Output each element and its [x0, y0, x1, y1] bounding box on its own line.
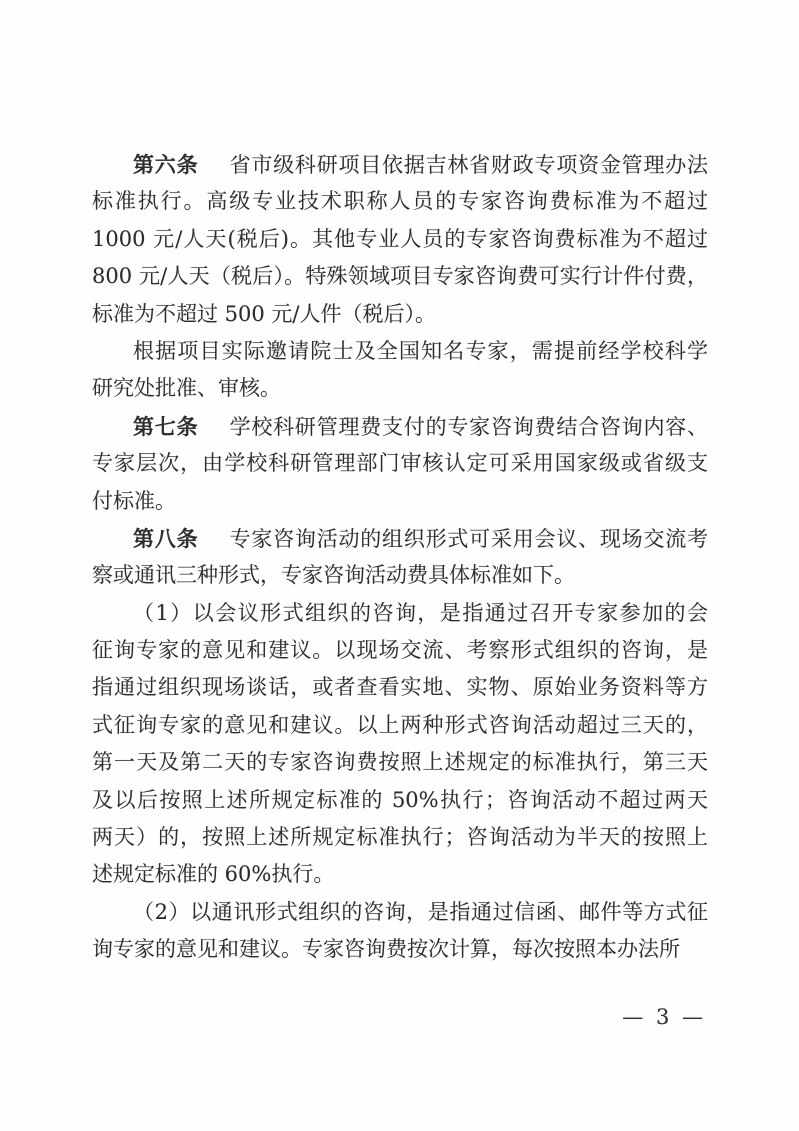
paragraph: （1）以会议形式组织的咨询，是指通过召开专家参加的会议，征询专家的意见和建议。以…	[92, 595, 708, 894]
text-line: 付标准。	[92, 483, 708, 520]
text-line: 征询专家的意见和建议。以现场交流、考察形式组织的咨询，是	[92, 632, 708, 669]
page-number: — 3 —	[622, 1005, 706, 1029]
text-line: 专家层次，由学校科研管理部门审核认定可采用国家级或省级支	[92, 445, 708, 482]
text-line: （2）以通讯形式组织的咨询，是指通过信函、邮件等方式征	[92, 894, 708, 931]
text-line: 第六条省市级科研项目依据吉林省财政专项资金管理办法	[92, 146, 708, 183]
text-line: 述规定标准的 60%执行。	[92, 856, 708, 893]
paragraph: （2）以通讯形式组织的咨询，是指通过信函、邮件等方式征询专家的意见和建议。专家咨…	[92, 894, 708, 969]
text-line: （1）以会议形式组织的咨询，是指通过召开专家参加的会议，	[92, 595, 708, 632]
text-line: 1000 元/人天(税后)。其他专业人员的专家咨询费标准为不超过	[92, 221, 708, 258]
text-line: 式征询专家的意见和建议。以上两种形式咨询活动超过三天的，	[92, 707, 708, 744]
text-line: 第八条专家咨询活动的组织形式可采用会议、现场交流考	[92, 520, 708, 557]
text-block: 第六条省市级科研项目依据吉林省财政专项资金管理办法标准执行。高级专业技术职称人员…	[92, 146, 708, 969]
line-text: 学校科研管理费支付的专家咨询费结合咨询内容、	[229, 415, 708, 439]
section-number-label: 第八条	[133, 526, 198, 551]
line-text: 省市级科研项目依据吉林省财政专项资金管理办法	[229, 153, 708, 177]
text-line: 第一天及第二天的专家咨询费按照上述规定的标准执行，第三天	[92, 744, 708, 781]
paragraph: 根据项目实际邀请院士及全国知名专家，需提前经学校科学研究处批准、审核。	[92, 333, 708, 408]
text-line: 研究处批准、审核。	[92, 370, 708, 407]
text-line: 指通过组织现场谈话，或者查看实地、实物、原始业务资料等方	[92, 669, 708, 706]
text-line: 根据项目实际邀请院士及全国知名专家，需提前经学校科学	[92, 333, 708, 370]
line-text: 专家咨询活动的组织形式可采用会议、现场交流考	[229, 527, 708, 551]
paragraph: 第八条专家咨询活动的组织形式可采用会议、现场交流考察或通讯三种形式，专家咨询活动…	[92, 520, 708, 595]
text-line: 两天）的，按照上述所规定标准执行；咨询活动为半天的按照上	[92, 819, 708, 856]
paragraph: 第六条省市级科研项目依据吉林省财政专项资金管理办法标准执行。高级专业技术职称人员…	[92, 146, 708, 333]
text-line: 标准执行。高级专业技术职称人员的专家咨询费标准为不超过	[92, 183, 708, 220]
text-line: 询专家的意见和建议。专家咨询费按次计算，每次按照本办法所	[92, 931, 708, 968]
text-line: 第七条学校科研管理费支付的专家咨询费结合咨询内容、	[92, 408, 708, 445]
paragraph: 第七条学校科研管理费支付的专家咨询费结合咨询内容、专家层次，由学校科研管理部门审…	[92, 408, 708, 520]
section-number-label: 第六条	[133, 152, 198, 177]
document-page: 第六条省市级科研项目依据吉林省财政专项资金管理办法标准执行。高级专业技术职称人员…	[0, 0, 799, 1131]
text-line: 标准为不超过 500 元/人件（税后）。	[92, 296, 708, 333]
text-line: 察或通讯三种形式，专家咨询活动费具体标准如下。	[92, 557, 708, 594]
text-line: 800 元/人天（税后）。特殊领域项目专家咨询费可实行计件付费，	[92, 258, 708, 295]
text-line: 及以后按照上述所规定标准的 50%执行；咨询活动不超过两天（含	[92, 782, 708, 819]
section-number-label: 第七条	[133, 414, 198, 439]
